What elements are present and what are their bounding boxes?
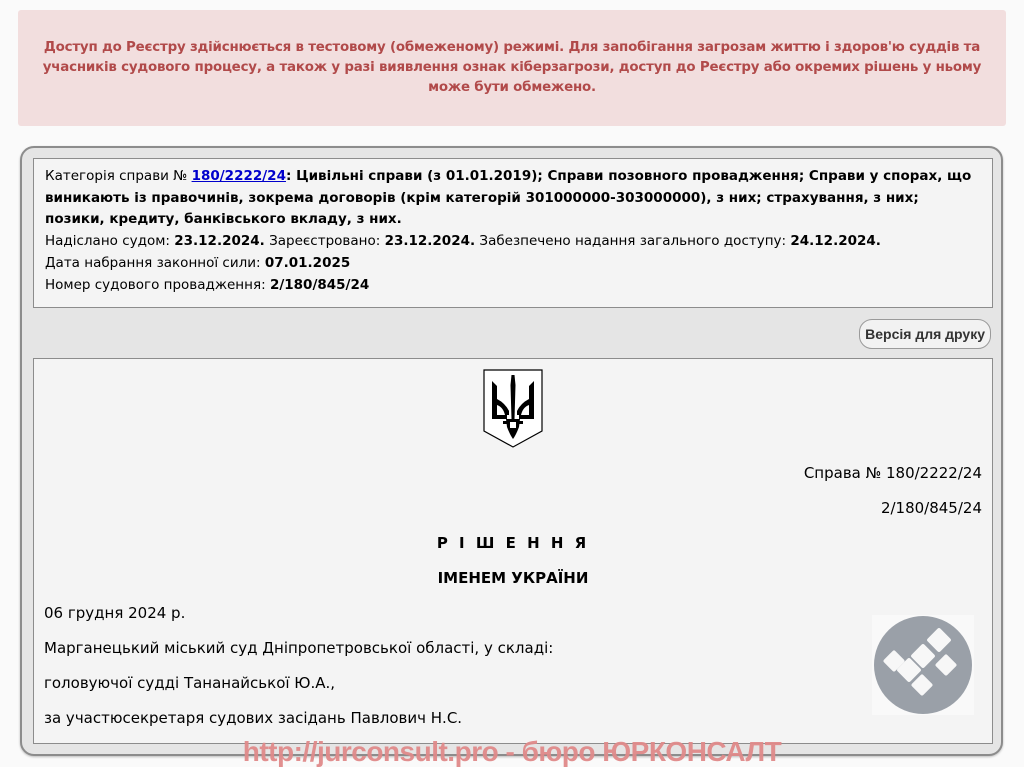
document-court: Марганецький міський суд Дніпропетровськ…: [44, 639, 553, 657]
registered-value: 23.12.2024.: [385, 233, 476, 249]
warning-text: Доступ до Реєстру здійснюється в тестово…: [32, 38, 992, 98]
case-dates: Надіслано судом: 23.12.2024. Зареєстрова…: [45, 231, 981, 253]
effective-date: Дата набрання законної сили: 07.01.2025: [45, 253, 981, 275]
document-title: Р І Ш Е Н Н Я: [34, 534, 992, 552]
access-label: Забезпечено надання загального доступу:: [475, 233, 790, 249]
coat-of-arms-icon: [483, 369, 543, 449]
category-label: Категорія справи №: [45, 168, 192, 184]
access-warning-banner: Доступ до Реєстру здійснюється в тестово…: [18, 10, 1006, 126]
registry-logo-icon: [872, 615, 974, 715]
watermark-text: http://jurconsult.pro - бюро ЮРКОНСАЛТ: [0, 734, 1024, 767]
proceeding-number: Номер судового провадження: 2/180/845/24: [45, 275, 981, 297]
print-version-button[interactable]: Версія для друку: [859, 319, 991, 349]
access-value: 24.12.2024.: [790, 233, 881, 249]
effective-value: 07.01.2025: [265, 255, 350, 271]
proceeding-value: 2/180/845/24: [270, 277, 369, 293]
sent-value: 23.12.2024.: [174, 233, 265, 249]
case-info-panel: Категорія справи № 180/2222/24: Цивільні…: [33, 158, 993, 308]
sent-label: Надіслано судом:: [45, 233, 174, 249]
case-category: Категорія справи № 180/2222/24: Цивільні…: [45, 166, 981, 231]
effective-label: Дата набрання законної сили:: [45, 255, 265, 271]
document-secretary: за участюсекретаря судових засідань Павл…: [44, 709, 462, 727]
document-case-number: Справа № 180/2222/24: [804, 464, 982, 482]
document-judge: головуючої судді Тананайської Ю.А.,: [44, 674, 335, 692]
document-subtitle: ІМЕНЕМ УКРАЇНИ: [34, 569, 992, 587]
document-date: 06 грудня 2024 р.: [44, 604, 185, 622]
registered-label: Зареєстровано:: [265, 233, 385, 249]
decision-container: Категорія справи № 180/2222/24: Цивільні…: [20, 146, 1003, 756]
proceeding-label: Номер судового провадження:: [45, 277, 270, 293]
document-proceeding-number: 2/180/845/24: [881, 499, 982, 517]
case-number-link[interactable]: 180/2222/24: [192, 168, 286, 184]
decision-document: Справа № 180/2222/24 2/180/845/24 Р І Ш …: [33, 358, 993, 744]
